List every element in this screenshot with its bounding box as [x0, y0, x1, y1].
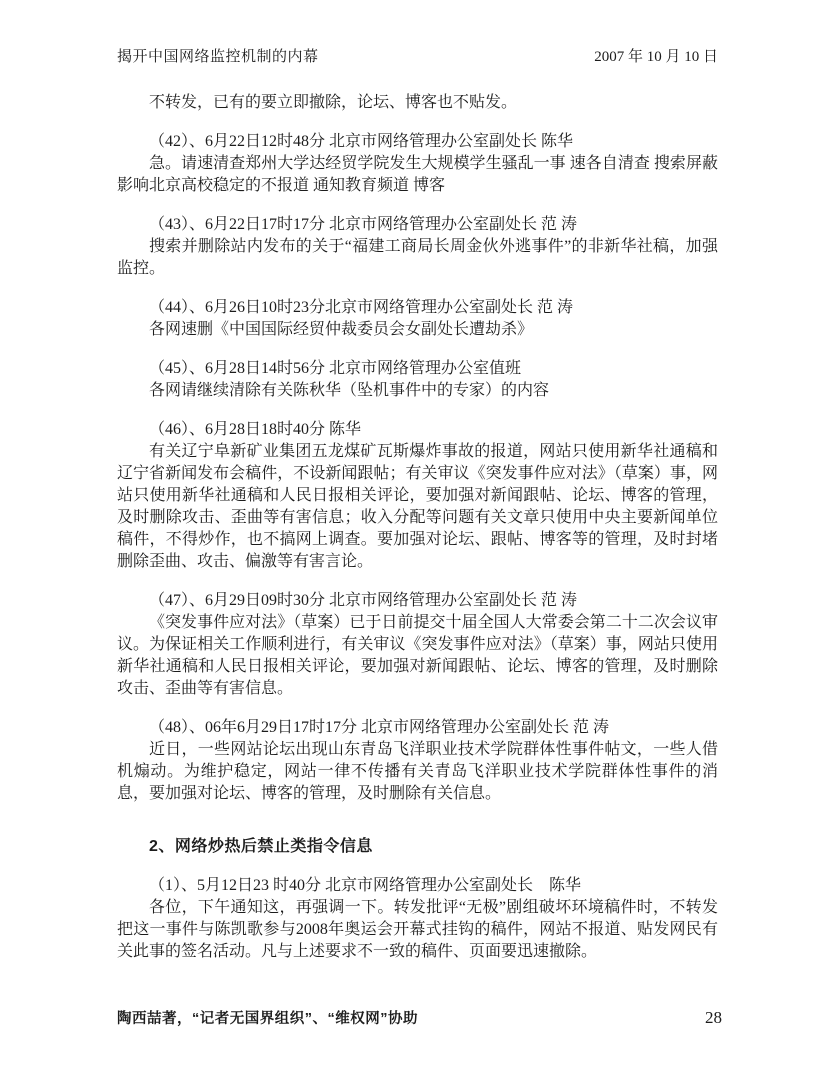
entry-body: 有关辽宁阜新矿业集团五龙煤矿瓦斯爆炸事故的报道，网站只使用新华社通稿和辽宁省新闻…: [117, 441, 718, 573]
entry-46: （46）、6月28日18时40分 陈华 有关辽宁阜新矿业集团五龙煤矿瓦斯爆炸事故…: [117, 419, 718, 573]
entry-body: 近日，一些网站论坛出现山东青岛飞洋职业技术学院群体性事件帖文，一些人借机煽动。为…: [117, 739, 718, 805]
paragraph-text: 不转发，已有的要立即撤除，论坛、博客也不贴发。: [117, 92, 718, 114]
header-title: 揭开中国网络监控机制的内幕: [117, 47, 319, 67]
entry-body: 搜索并删除站内发布的关于“福建工商局长周金伙外逃事件”的非新华社稿，加强监控。: [117, 236, 718, 280]
entry-head: （43）、6月22日17时17分 北京市网络管理办公室副处长 范 涛: [117, 214, 718, 236]
page-header: 揭开中国网络监控机制的内幕 2007 年 10 月 10 日: [117, 47, 718, 67]
entry-head: （42）、6月22日12时48分 北京市网络管理办公室副处长 陈华: [117, 131, 718, 153]
entry-body: 急。请速清查郑州大学达经贸学院发生大规模学生骚乱一事 速各自清查 搜索屏蔽 影响…: [117, 153, 718, 197]
entry-body: 《突发事件应对法》（草案）已于日前提交十届全国人大常委会第二十二次会议审议。为保…: [117, 612, 718, 700]
entry-44: （44）、6月26日10时23分北京市网络管理办公室副处长 范 涛 各网速删《中…: [117, 297, 718, 341]
entry-head: （44）、6月26日10时23分北京市网络管理办公室副处长 范 涛: [117, 297, 718, 319]
entry-head: （45）、6月28日14时56分 北京市网络管理办公室值班: [117, 358, 718, 380]
footer-credit: 陶西喆著，“记者无国界组织”、“维权网”协助: [117, 1007, 418, 1028]
entry-48: （48）、06年6月29日17时17分 北京市网络管理办公室副处长 范 涛 近日…: [117, 717, 718, 805]
section-heading-text: 2、网络炒热后禁止类指令信息: [117, 836, 718, 858]
entry-43: （43）、6月22日17时17分 北京市网络管理办公室副处长 范 涛 搜索并删除…: [117, 214, 718, 280]
entry-45: （45）、6月28日14时56分 北京市网络管理办公室值班 各网请继续清除有关陈…: [117, 358, 718, 402]
entry-head: （1）、5月12日23 时40分 北京市网络管理办公室副处长 陈华: [117, 875, 718, 897]
page-footer: 陶西喆著，“记者无国界组织”、“维权网”协助 28: [117, 1007, 722, 1028]
entry-47: （47）、6月29日09时30分 北京市网络管理办公室副处长 范 涛 《突发事件…: [117, 590, 718, 700]
section-heading: 2、网络炒热后禁止类指令信息: [117, 836, 718, 858]
entry-body: 各网速删《中国国际经贸仲裁委员会女副处长遭劫杀》: [117, 319, 718, 341]
paragraph-intro: 不转发，已有的要立即撤除，论坛、博客也不贴发。: [117, 92, 718, 114]
document-body: 不转发，已有的要立即撤除，论坛、博客也不贴发。 （42）、6月22日12时48分…: [117, 92, 718, 963]
entry-head: （48）、06年6月29日17时17分 北京市网络管理办公室副处长 范 涛: [117, 717, 718, 739]
entry-42: （42）、6月22日12时48分 北京市网络管理办公室副处长 陈华 急。请速清查…: [117, 131, 718, 197]
entry-head: （46）、6月28日18时40分 陈华: [117, 419, 718, 441]
header-date: 2007 年 10 月 10 日: [594, 47, 718, 67]
page-number: 28: [705, 1008, 722, 1028]
entry-1: （1）、5月12日23 时40分 北京市网络管理办公室副处长 陈华 各位，下午通…: [117, 875, 718, 963]
entry-head: （47）、6月29日09时30分 北京市网络管理办公室副处长 范 涛: [117, 590, 718, 612]
document-page: 揭开中国网络监控机制的内幕 2007 年 10 月 10 日 不转发，已有的要立…: [0, 0, 835, 1080]
entry-body: 各网请继续清除有关陈秋华（坠机事件中的专家）的内容: [117, 380, 718, 402]
entry-body: 各位，下午通知这，再强调一下。转发批评“无极”剧组破坏环境稿件时，不转发把这一事…: [117, 897, 718, 963]
